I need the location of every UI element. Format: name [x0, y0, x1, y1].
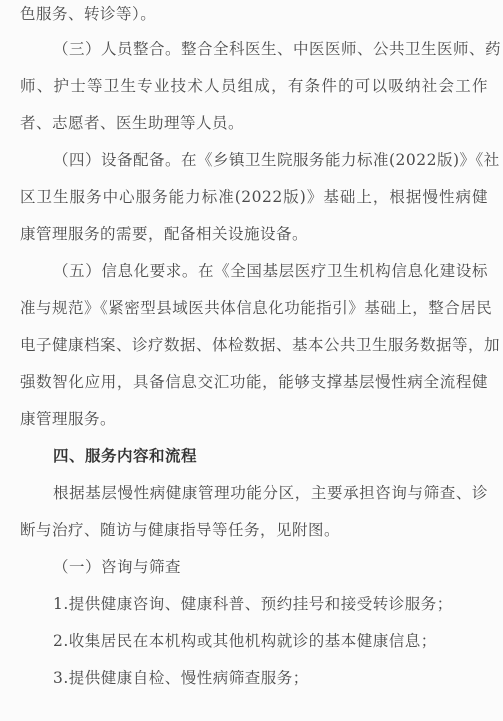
paragraph-line: 电子健康档案、诊疗数据、体检数据、基本公共卫生服务数据等，加 [20, 335, 488, 355]
document-page: 色服务、转诊等）。 （三）人员整合。整合全科医生、中医医师、公共卫生医师、药 师… [0, 0, 503, 721]
paragraph-line: 根据基层慢性病健康管理功能分区，主要承担咨询与筛查、诊 [53, 483, 488, 503]
section-informatization-line: （五）信息化要求。在《全国基层医疗卫生机构信息化建设标 [53, 261, 488, 281]
section-personnel-line: （三）人员整合。整合全科医生、中医医师、公共卫生医师、药 [53, 39, 488, 59]
list-item: 2.收集居民在本机构或其他机构就诊的基本健康信息； [53, 631, 488, 651]
section-heading: 四、服务内容和流程 [53, 446, 488, 466]
subsection-heading: （一）咨询与筛查 [53, 557, 488, 577]
paragraph-line: 色服务、转诊等）。 [20, 4, 488, 24]
paragraph-line: 强数智化应用，具备信息交汇功能，能够支撑基层慢性病全流程健 [20, 372, 488, 392]
section-equipment-line: （四）设备配备。在《乡镇卫生院服务能力标准(2022版)》《社 [53, 150, 488, 170]
paragraph-line: 区卫生服务中心服务能力标准(2022版)》基础上，根据慢性病健 [20, 187, 488, 207]
paragraph-line: 师、护士等卫生专业技术人员组成，有条件的可以吸纳社会工作 [20, 76, 488, 96]
paragraph-line: 者、志愿者、医生助理等人员。 [20, 113, 488, 133]
list-item: 1.提供健康咨询、健康科普、预约挂号和接受转诊服务； [53, 594, 488, 614]
paragraph-line: 康管理服务的需要，配备相关设施设备。 [20, 224, 488, 244]
paragraph-line: 康管理服务。 [20, 409, 488, 429]
paragraph-line: 准与规范》《紧密型县域医共体信息化功能指引》基础上，整合居民 [20, 298, 488, 318]
list-item: 3.提供健康自检、慢性病筛查服务； [53, 668, 488, 688]
paragraph-line: 断与治疗、随访与健康指导等任务，见附图。 [20, 520, 488, 540]
